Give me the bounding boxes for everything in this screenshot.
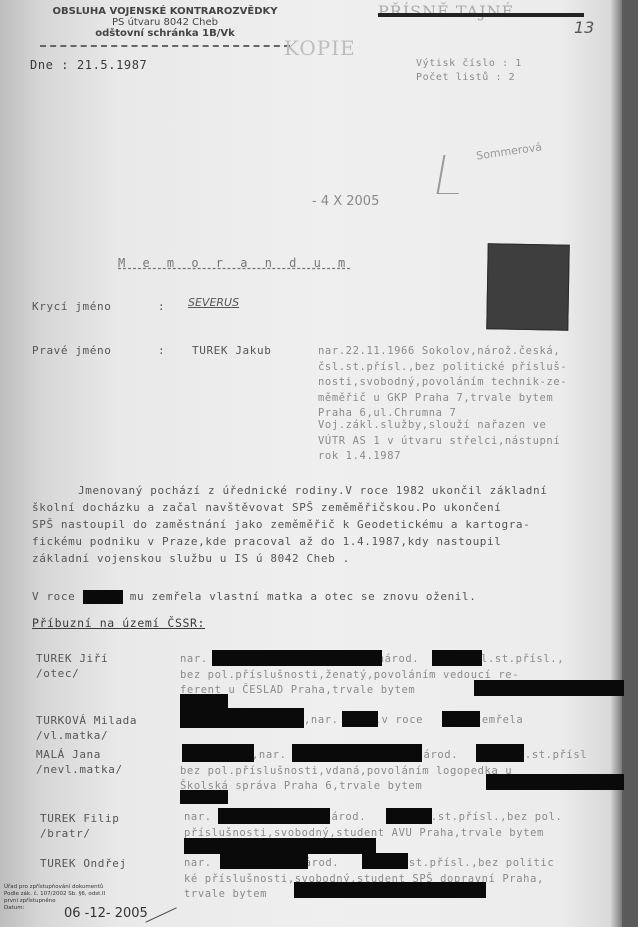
redaction (476, 744, 524, 762)
redaction (474, 680, 624, 696)
document-date: Dne : 21.5.1987 (30, 58, 147, 72)
cover-name-value: SEVERUS (188, 296, 239, 309)
classification-strike (378, 13, 584, 17)
memorandum-title: M e m o r a n d u m (118, 256, 350, 270)
relative-name: TUREK Jiří (36, 652, 108, 665)
org-stamp: OBSLUHA VOJENSKÉ KONTRAROZVĚDKY PS útvar… (40, 6, 290, 47)
relative-name: TUREK Ondřej (40, 857, 127, 870)
redaction (362, 853, 408, 869)
personal-details: nar.22.11.1966 Sokolov,nárož.česká, čsl.… (318, 344, 567, 422)
page-count: Počet listů : 2 (416, 72, 515, 83)
redaction (180, 694, 228, 708)
redaction (294, 882, 486, 898)
redaction (184, 838, 376, 854)
redaction (442, 711, 480, 727)
redaction (486, 774, 624, 790)
relative-name: TUREK Filip (40, 812, 119, 825)
relative-relation: /bratr/ (40, 827, 91, 840)
redaction (180, 708, 304, 728)
redaction (180, 790, 228, 804)
redaction (292, 744, 422, 762)
relative-name: MALÁ Jana (36, 748, 101, 761)
redaction (212, 650, 382, 666)
cover-name-label: Krycí jméno (32, 300, 111, 313)
scan-edge (622, 0, 638, 927)
page-number: 13 (574, 18, 594, 37)
redaction (342, 711, 378, 727)
relatives-heading: Příbuzní na území ČSSR: (32, 616, 205, 630)
relative-details: ,nar.,v roce zemřela (304, 714, 523, 726)
org-line-3: odštovní schránka 1B/Vk (40, 28, 290, 39)
redaction (432, 650, 482, 666)
redaction (386, 808, 432, 824)
photo (486, 243, 569, 330)
real-name-value: TUREK Jakub (192, 344, 271, 357)
redaction (220, 853, 308, 869)
body-last-line: V roce mu zemřela vlastní matka a otec s… (32, 590, 476, 604)
copy-stamp: KOPIE (284, 36, 356, 60)
classification-label: PŘÍSNĚ TAJNÉ (378, 2, 514, 21)
relative-name: TURKOVÁ Milada (36, 714, 137, 727)
signature-name: Sommerová (475, 140, 542, 162)
real-name-label: Pravé jméno (32, 344, 111, 357)
redaction (182, 744, 254, 762)
relative-relation: /otec/ (36, 667, 79, 680)
archive-stamp-date: 06 -12- 2005 (64, 906, 148, 921)
service-details: Voj.zákl.služby,slouží nařazen ve VÚTR A… (318, 418, 560, 465)
body-paragraph: Jmenovaný pochází z úřednické rodiny.V r… (32, 482, 547, 567)
received-stamp: - 4 X 2005 (312, 194, 379, 209)
org-line-2: PS útvaru 8042 Cheb (40, 17, 290, 28)
signature-icon (437, 155, 466, 194)
copy-number: Výtisk číslo : 1 (416, 58, 522, 69)
relative-relation: /nevl.matka/ (36, 763, 123, 776)
relative-relation: /vl.matka/ (36, 729, 108, 742)
redaction (218, 808, 330, 824)
org-line-1: OBSLUHA VOJENSKÉ KONTRAROZVĚDKY (40, 6, 290, 17)
